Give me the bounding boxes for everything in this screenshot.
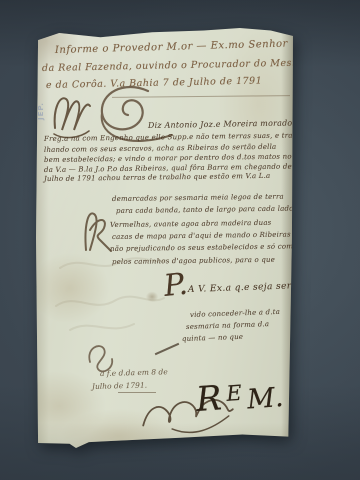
closing-initial: E — [226, 383, 243, 415]
ornate-d-flourish-icon — [92, 83, 178, 153]
ink-showthrough — [50, 248, 170, 338]
body-indent-line: demarcadas por sesmaria meia legoa de te… — [112, 194, 284, 203]
dateline: Julho de 1791. — [92, 382, 147, 391]
body-line: Julho de 1791 achou terras de trabalho q… — [44, 173, 271, 183]
body-indent-line: para cada banda, tanto de largo para cad… — [116, 206, 294, 215]
closing-initial: M. — [246, 384, 284, 413]
manuscript-sheet: Informe o Provedor M.or — Ex.mo Senhor d… — [36, 28, 294, 448]
petition-initial: P. — [162, 270, 189, 302]
closing-initials: R E M. — [195, 377, 284, 417]
date-underline — [118, 392, 156, 393]
petition-lead-line: A V. Ex.a q.e seja ser- — [188, 282, 294, 295]
heading-line: da Real Fazenda, ouvindo o Procurador do… — [42, 58, 294, 73]
dateline: a f.e d.da em 8 de — [100, 368, 168, 377]
archive-stamp: JEP. — [37, 102, 45, 120]
heading-line: Informe o Provedor M.or — Ex.mo Senhor — [55, 39, 288, 56]
paper-surface: Informe o Provedor M.or — Ex.mo Senhor d… — [36, 28, 294, 448]
petition-line: quinta — no que — [182, 334, 243, 343]
body-line: cazas de mapa para d'aqui de mando o Rib… — [112, 232, 291, 241]
rubric-monogram-icon — [50, 90, 94, 140]
petition-line: vido conceder-lhe a d.ta — [190, 309, 280, 319]
photo-of-manuscript: { "colors": { "mat_background": "#3d4851… — [0, 0, 360, 480]
pen-dash-stroke — [155, 343, 180, 355]
body-intro-line: Diz Antonio Joz.e Moreira morador no — [148, 119, 294, 130]
petition-line: sesmaria na forma d.a — [186, 321, 269, 331]
body-line: Vermelhas, avante agoa abra madeira duas — [110, 220, 272, 229]
closing-initial: R — [195, 381, 223, 417]
